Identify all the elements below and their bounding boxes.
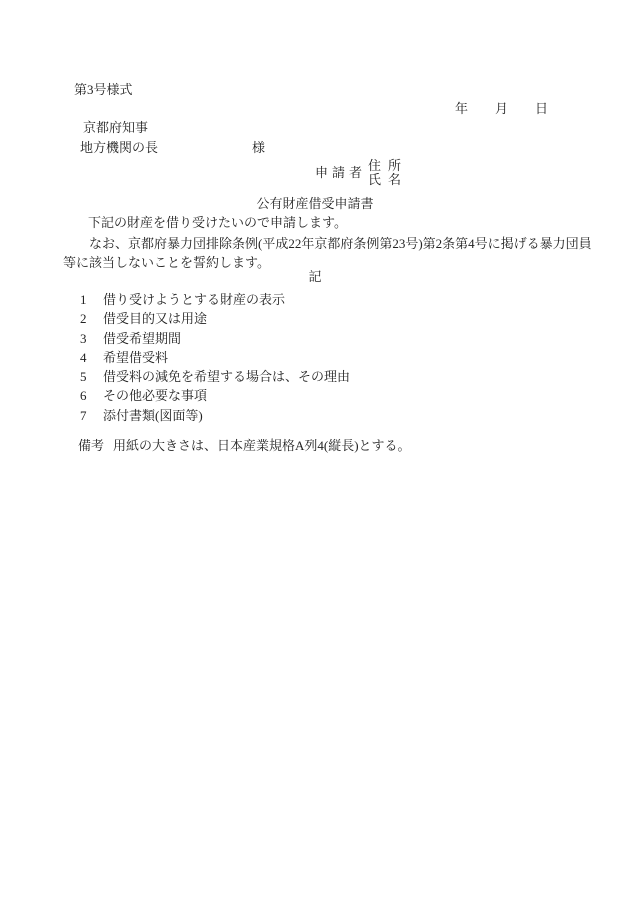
honorific-sama: 様 bbox=[252, 140, 265, 155]
list-item-number: 6 bbox=[80, 386, 103, 405]
addressee-local-agency-head: 地方機関の長 bbox=[80, 140, 158, 155]
list-item-number: 3 bbox=[80, 329, 103, 348]
list-item-text: 添付書類(図面等) bbox=[103, 408, 203, 423]
applicant-label-char: 請 bbox=[332, 165, 345, 180]
item-list: 1借り受けようとする財産の表示 2借受目的又は用途 3借受希望期間 4希望借受料… bbox=[80, 290, 350, 425]
applicant-fields: 住 所 氏 名 bbox=[368, 159, 401, 186]
date-year-label: 年 bbox=[455, 101, 468, 116]
date-line: 年 月 日 bbox=[455, 101, 548, 116]
list-item-number: 7 bbox=[80, 406, 103, 425]
list-item-text: 借受料の減免を希望する場合は、その理由 bbox=[103, 369, 350, 384]
list-item-number: 1 bbox=[80, 290, 103, 309]
list-item-number: 5 bbox=[80, 367, 103, 386]
applicant-address-label: 住 所 bbox=[368, 159, 401, 172]
list-item-text: 希望借受料 bbox=[103, 350, 168, 365]
addressee-governor: 京都府知事 bbox=[83, 120, 148, 135]
list-item: 2借受目的又は用途 bbox=[80, 309, 350, 328]
pledge-statement-line1: なお、京都府暴力団排除条例(平成22年京都府条例第23号)第2条第4号に掲げる暴… bbox=[63, 234, 575, 253]
list-item-text: 借り受けようとする財産の表示 bbox=[103, 292, 285, 307]
document-title: 公有財産借受申請書 bbox=[0, 196, 630, 211]
application-statement: 下記の財産を借り受けたいので申請します。 bbox=[88, 215, 347, 230]
list-item: 7添付書類(図面等) bbox=[80, 406, 350, 425]
remarks-label: 備考 bbox=[78, 438, 104, 453]
applicant-label-char: 者 bbox=[349, 165, 362, 180]
pledge-statement: なお、京都府暴力団排除条例(平成22年京都府条例第23号)第2条第4号に掲げる暴… bbox=[63, 234, 575, 272]
list-item: 1借り受けようとする財産の表示 bbox=[80, 290, 350, 309]
list-item: 6その他必要な事項 bbox=[80, 386, 350, 405]
remarks-line: 備考用紙の大きさは、日本産業規格A列4(縦長)とする。 bbox=[78, 438, 411, 453]
list-item: 4希望借受料 bbox=[80, 348, 350, 367]
remarks-text: 用紙の大きさは、日本産業規格A列4(縦長)とする。 bbox=[113, 438, 411, 453]
record-marker: 記 bbox=[0, 269, 630, 284]
applicant-label: 申 請 者 bbox=[315, 165, 362, 180]
date-month-label: 月 bbox=[495, 101, 508, 116]
date-day-label: 日 bbox=[535, 101, 548, 116]
list-item-number: 4 bbox=[80, 348, 103, 367]
applicant-label-char: 申 bbox=[315, 165, 328, 180]
list-item-number: 2 bbox=[80, 309, 103, 328]
list-item: 3借受希望期間 bbox=[80, 329, 350, 348]
applicant-block: 申 請 者 住 所 氏 名 bbox=[315, 159, 401, 186]
list-item-text: その他必要な事項 bbox=[103, 388, 207, 403]
document-page: 第3号様式 年 月 日 京都府知事 地方機関の長 様 申 請 者 住 所 氏 名… bbox=[0, 0, 630, 903]
list-item-text: 借受希望期間 bbox=[103, 331, 181, 346]
form-number: 第3号様式 bbox=[74, 82, 133, 97]
list-item: 5借受料の減免を希望する場合は、その理由 bbox=[80, 367, 350, 386]
applicant-name-label: 氏 名 bbox=[368, 173, 401, 186]
list-item-text: 借受目的又は用途 bbox=[103, 311, 207, 326]
